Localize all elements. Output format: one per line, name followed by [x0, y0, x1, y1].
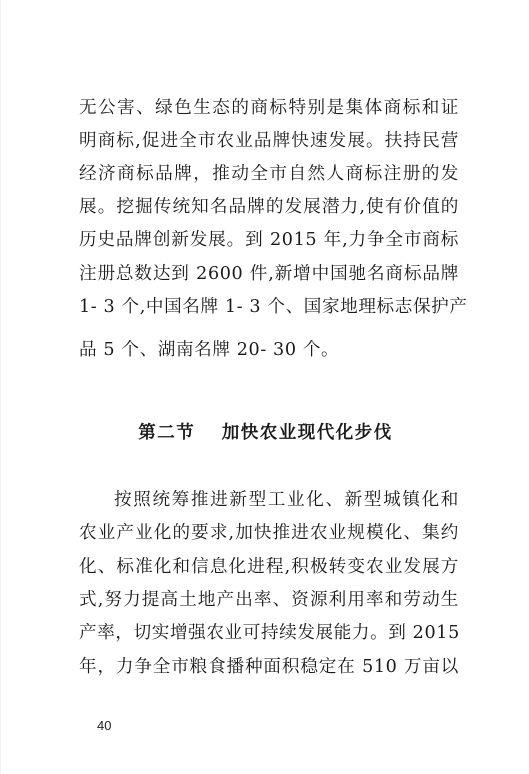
- paragraph-1-line-6: 注册总数达到 2600 件,新增中国驰名商标品牌: [79, 262, 459, 286]
- paragraph-2-line-6: 年，力争全市粮食播种面积稳定在 510 万亩以: [79, 655, 459, 679]
- paragraph-1-line-4: 展。挖掘传统知名品牌的发展潜力,使有价值的: [79, 195, 459, 219]
- paragraph-2-line-5: 产率，切实增强农业可持续发展能力。到 2015: [79, 621, 459, 645]
- paragraph-1-line-3: 经济商标品牌，推动全市自然人商标注册的发: [79, 162, 459, 186]
- page-number: 40: [97, 718, 111, 734]
- paragraph-1-line-1: 无公害、绿色生态的商标特别是集体商标和证: [79, 96, 459, 120]
- paragraph-2-line-1: 按照统筹推进新型工业化、新型城镇化和: [114, 488, 459, 512]
- paragraph-1-line-8: 品 5 个、湖南名牌 20- 30 个。: [79, 338, 459, 362]
- paragraph-2-line-4: 式,努力提高土地产出率、资源利用率和劳动生: [79, 588, 459, 612]
- document-page: 无公害、绿色生态的商标特别是集体商标和证 明商标,促进全市农业品牌快速发展。扶持…: [0, 0, 529, 774]
- paragraph-2-line-2: 农业产业化的要求,加快推进农业规模化、集约: [79, 521, 459, 545]
- section-heading: 第二节 加快农业现代化步伐: [1, 420, 529, 446]
- paragraph-2-line-3: 化、标准化和信息化进程,积极转变农业发展方: [79, 555, 459, 579]
- paragraph-1-line-5: 历史品牌创新发展。到 2015 年,力争全市商标: [79, 228, 459, 252]
- paragraph-1-line-7: 1- 3 个,中国名牌 1- 3 个、国家地理标志保护产: [79, 295, 459, 319]
- paragraph-1-line-2: 明商标,促进全市农业品牌快速发展。扶持民营: [79, 129, 459, 153]
